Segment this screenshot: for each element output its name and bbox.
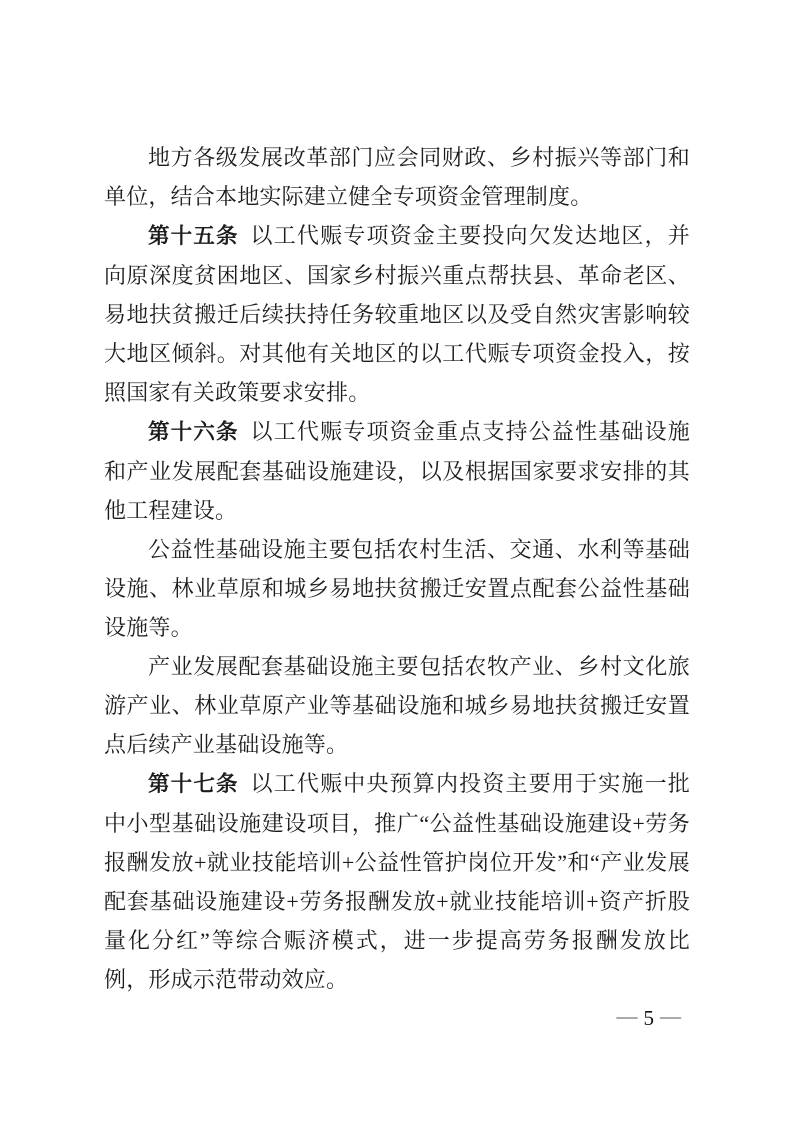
paragraph: 地方各级发展改革部门应会同财政、乡村振兴等部门和单位，结合本地实际建立健全专项资… [104, 138, 690, 216]
paragraph-text: 以工代赈专项资金主要投向欠发达地区，并向原深度贫困地区、国家乡村振兴重点帮扶县、… [104, 223, 690, 405]
page-number-footer: —5— [617, 1006, 682, 1031]
document-body: 地方各级发展改革部门应会同财政、乡村振兴等部门和单位，结合本地实际建立健全专项资… [104, 138, 690, 999]
paragraph-text: 以工代赈中央预算内投资主要用于实施一批中小型基础设施建设项目，推广“公益性基础设… [104, 771, 690, 992]
article-label: 第十六条 [148, 420, 239, 444]
article-label: 第十五条 [148, 224, 239, 248]
paragraph-text: 产业发展配套基础设施主要包括农牧产业、乡村文化旅游产业、林业草原产业等基础设施和… [104, 654, 690, 757]
paragraph-article-15: 第十五条以工代赈专项资金主要投向欠发达地区，并向原深度贫困地区、国家乡村振兴重点… [104, 216, 690, 412]
paragraph: 产业发展配套基础设施主要包括农牧产业、乡村文化旅游产业、林业草原产业等基础设施和… [104, 647, 690, 764]
footer-right-dash: — [660, 1004, 681, 1028]
page-number: 5 [644, 1006, 655, 1030]
paragraph-article-17: 第十七条以工代赈中央预算内投资主要用于实施一批中小型基础设施建设项目，推广“公益… [104, 764, 690, 999]
paragraph-text: 公益性基础设施主要包括农村生活、交通、水利等基础设施、林业草原和城乡易地扶贫搬迁… [104, 537, 690, 640]
paragraph-article-16: 第十六条以工代赈专项资金重点支持公益性基础设施和产业发展配套基础设施建设，以及根… [104, 412, 690, 530]
document-page: 地方各级发展改革部门应会同财政、乡村振兴等部门和单位，结合本地实际建立健全专项资… [0, 0, 793, 1122]
paragraph-text: 地方各级发展改革部门应会同财政、乡村振兴等部门和单位，结合本地实际建立健全专项资… [104, 145, 690, 209]
article-label: 第十七条 [148, 772, 239, 796]
paragraph: 公益性基础设施主要包括农村生活、交通、水利等基础设施、林业草原和城乡易地扶贫搬迁… [104, 530, 690, 647]
footer-left-dash: — [617, 1004, 638, 1028]
